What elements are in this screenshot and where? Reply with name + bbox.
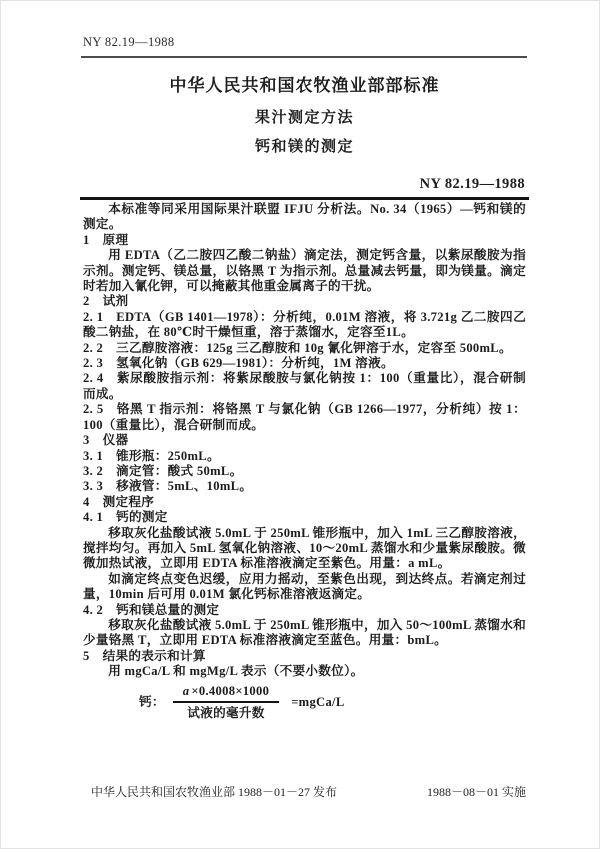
standard-code-heading: NY 82.19—1988 bbox=[420, 176, 525, 193]
clause-4-1-number: 4. 1 bbox=[83, 510, 103, 524]
formula-result: =mgCa/L bbox=[291, 695, 344, 710]
formula-fraction: a×0.4008×1000 试液的毫升数 bbox=[173, 684, 279, 722]
section-3-title: 仪器 bbox=[103, 433, 129, 447]
section-2-title: 试剂 bbox=[103, 294, 129, 308]
clause-2-4-number: 2. 4 bbox=[83, 371, 103, 385]
section-5-number: 5 bbox=[83, 649, 90, 663]
section-2-heading: 2试剂 bbox=[83, 294, 526, 309]
formula-numerator-rest: ×0.4008×1000 bbox=[191, 684, 269, 698]
clause-2-2-number: 2. 2 bbox=[83, 341, 103, 355]
clause-3-1-text: 锥形瓶：250mL。 bbox=[116, 449, 220, 463]
clause-2-5-text: 铬黑 T 指示剂：将铬黑 T 与氯化钠（GB 1266—1977，分析纯）按 1… bbox=[83, 402, 526, 431]
clause-2-3-number: 2. 3 bbox=[83, 356, 103, 370]
clause-2-3: 2. 3氢氧化钠（GB 629—1981）：分析纯，1M 溶液。 bbox=[83, 356, 526, 371]
doc-subtitle-subject: 钙和镁的测定 bbox=[83, 137, 526, 157]
doc-title: 中华人民共和国农牧渔业部部标准 bbox=[83, 75, 526, 97]
clause-2-1-text: EDTA（GB 1401—1978）：分析纯，0.01M 溶液，将 3.721g… bbox=[83, 310, 526, 339]
doc-subtitle-method: 果汁测定方法 bbox=[83, 108, 526, 128]
clause-3-1-number: 3. 1 bbox=[83, 449, 103, 463]
clause-2-4-text: 紫尿酸胺指示剂：将紫尿酸胺与氯化钠按 1：100（重量比），混合研制而成。 bbox=[83, 371, 526, 400]
clause-2-3-text: 氢氧化钠（GB 629—1981）：分析纯，1M 溶液。 bbox=[116, 356, 394, 370]
calcium-formula: 钙： a×0.4008×1000 试液的毫升数 =mgCa/L bbox=[139, 684, 526, 722]
clause-2-4: 2. 4紫尿酸胺指示剂：将紫尿酸胺与氯化钠按 1：100（重量比），混合研制而成… bbox=[83, 371, 526, 402]
section-1-number: 1 bbox=[83, 233, 90, 247]
clause-4-1-paragraph-1: 移取灰化盐酸试液 5.0mL 于 250mL 锥形瓶中，加入 1mL 三乙醇胺溶… bbox=[83, 526, 526, 572]
section-5-paragraph: 用 mgCa/L 和 mgMg/L 表示（不要小数位）。 bbox=[83, 664, 526, 679]
clause-4-2-heading: 4. 2钙和镁总量的测定 bbox=[83, 603, 526, 618]
document-page: NY 82.19—1988 中华人民共和国农牧渔业部部标准 果汁测定方法 钙和镁… bbox=[0, 0, 600, 849]
clause-3-3-number: 3. 3 bbox=[83, 479, 103, 493]
clause-2-2: 2. 2三乙醇胺溶液：125g 三乙醇胺和 10g 氰化钾溶于水，定容至 500… bbox=[83, 341, 526, 356]
clause-4-1-heading: 4. 1钙的测定 bbox=[83, 510, 526, 525]
header-divider bbox=[81, 56, 527, 58]
title-divider bbox=[80, 197, 529, 200]
clause-3-2-text: 滴定管：酸式 50mL。 bbox=[116, 464, 242, 478]
section-1-title: 原理 bbox=[103, 233, 129, 247]
section-2-number: 2 bbox=[83, 294, 90, 308]
footer-issue-date: 中华人民共和国农牧渔业部 1988－01－27 发布 bbox=[91, 783, 337, 800]
formula-denominator: 试液的毫升数 bbox=[173, 701, 279, 721]
formula-variable-a: a bbox=[183, 684, 190, 698]
clause-2-1: 2. 1EDTA（GB 1401—1978）：分析纯，0.01M 溶液，将 3.… bbox=[83, 310, 526, 341]
section-4-number: 4 bbox=[83, 495, 90, 509]
clause-4-2-title: 钙和镁总量的测定 bbox=[116, 603, 219, 617]
clause-4-1-paragraph-2: 如滴定终点变色迟缓，应用力摇动，至紫色出现，到达终点。若滴定剂过量，10min … bbox=[83, 572, 526, 603]
section-3-heading: 3仪器 bbox=[83, 433, 526, 448]
clause-3-2: 3. 2滴定管：酸式 50mL。 bbox=[83, 464, 526, 479]
intro-paragraph: 本标准等同采用国际果汁联盟 IFJU 分析法。No. 34（1965）—钙和镁的… bbox=[83, 202, 526, 233]
section-4-title: 测定程序 bbox=[103, 495, 155, 509]
section-3-number: 3 bbox=[83, 433, 90, 447]
section-5-heading: 5结果的表示和计算 bbox=[83, 649, 526, 664]
section-4-heading: 4测定程序 bbox=[83, 495, 526, 510]
formula-label: 钙： bbox=[139, 695, 165, 710]
clause-3-2-number: 3. 2 bbox=[83, 464, 103, 478]
section-1-paragraph: 用 EDTA（乙二胺四乙酸二钠盐）滴定法，测定钙含量，以紫尿酸胺为指示剂。测定钙… bbox=[83, 248, 526, 294]
document-body: 本标准等同采用国际果汁联盟 IFJU 分析法。No. 34（1965）—钙和镁的… bbox=[83, 202, 526, 721]
clause-2-2-text: 三乙醇胺溶液：125g 三乙醇胺和 10g 氰化钾溶于水，定容至 500mL。 bbox=[116, 341, 512, 355]
standard-code-top: NY 82.19—1988 bbox=[83, 35, 175, 50]
section-5-title: 结果的表示和计算 bbox=[103, 649, 206, 663]
formula-numerator: a×0.4008×1000 bbox=[173, 684, 279, 701]
clause-2-5-number: 2. 5 bbox=[83, 402, 103, 416]
title-block: 中华人民共和国农牧渔业部部标准 果汁测定方法 钙和镁的测定 bbox=[83, 75, 526, 166]
page-footer: 中华人民共和国农牧渔业部 1988－01－27 发布 1988－08－01 实施 bbox=[91, 783, 526, 800]
clause-4-1-title: 钙的测定 bbox=[116, 510, 168, 524]
clause-3-1: 3. 1锥形瓶：250mL。 bbox=[83, 449, 526, 464]
section-1-heading: 1原理 bbox=[83, 233, 526, 248]
clause-2-1-number: 2. 1 bbox=[83, 310, 103, 324]
clause-4-2-paragraph: 移取灰化盐酸试液 5.0mL 于 250mL 锥形瓶中，加入 50～100mL … bbox=[83, 618, 526, 649]
clause-3-3: 3. 3移液管：5mL、10mL。 bbox=[83, 479, 526, 494]
clause-4-2-number: 4. 2 bbox=[83, 603, 103, 617]
footer-implement-date: 1988－08－01 实施 bbox=[427, 783, 526, 800]
clause-3-3-text: 移液管：5mL、10mL。 bbox=[116, 479, 252, 493]
clause-2-5: 2. 5铬黑 T 指示剂：将铬黑 T 与氯化钠（GB 1266—1977，分析纯… bbox=[83, 402, 526, 433]
